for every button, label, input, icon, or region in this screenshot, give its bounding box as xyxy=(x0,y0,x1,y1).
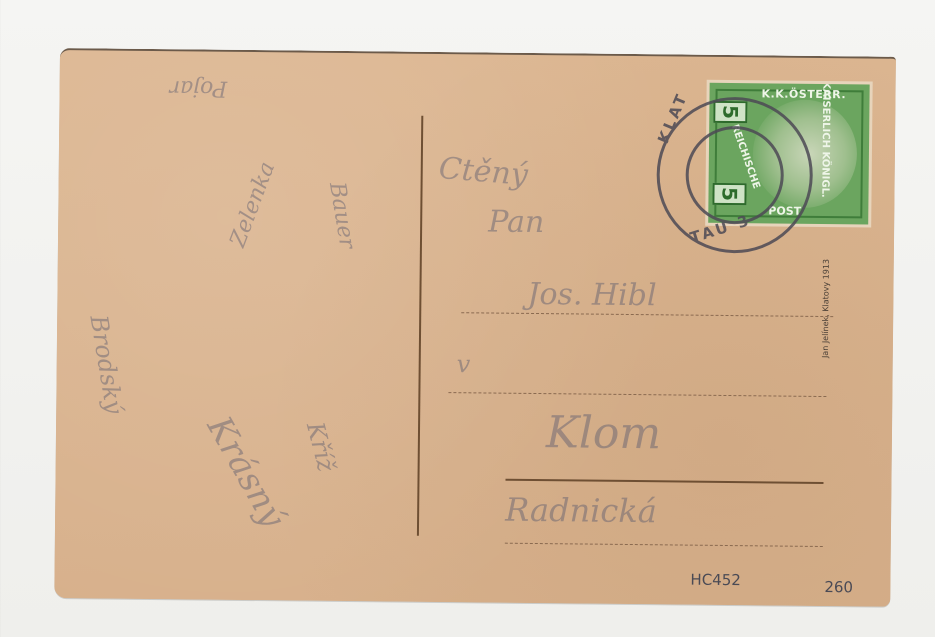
postmark-inner-ring xyxy=(685,126,784,225)
handwriting-signature: Kříž xyxy=(301,419,340,474)
handwriting-address-line: Radnická xyxy=(505,491,657,531)
handwriting-address-line: Klom xyxy=(546,407,662,459)
address-line-3 xyxy=(505,479,823,484)
address-line-2 xyxy=(448,392,826,397)
address-line-4 xyxy=(505,543,823,547)
handwriting-signature: Brodský xyxy=(84,313,128,416)
handwriting-address-line: v xyxy=(457,350,471,378)
postmark-town-text: KLAT xyxy=(654,90,691,147)
handwriting-address-line: Ctěný xyxy=(437,151,529,193)
handwriting-signature: Bauer xyxy=(324,180,360,250)
handwriting-signature: Krásný xyxy=(199,410,293,535)
handwriting-signature: Pojar xyxy=(169,75,227,101)
handwriting-address-line: Pan xyxy=(488,204,544,240)
postcard: 5 5 K.K.ÖSTERR. REICHISCHE POST KAISERLI… xyxy=(54,48,896,607)
postcard-divider-line xyxy=(417,116,423,536)
catalog-code: HC452 xyxy=(690,571,741,590)
catalog-price: 260 xyxy=(824,578,853,596)
handwriting-address-line: Jos. Hibl xyxy=(527,277,656,313)
postmark-cancellation: KLAT TAU 3 xyxy=(656,96,814,254)
publisher-imprint: Jan Jelínek, Klatovy 1913 xyxy=(821,259,831,358)
stamp-legend-top: K.K.ÖSTERR. xyxy=(761,87,865,101)
handwriting-signature: Zelenka xyxy=(226,158,281,250)
stamp-legend-right: KAISERLICH KÖNIGL. xyxy=(819,83,831,198)
